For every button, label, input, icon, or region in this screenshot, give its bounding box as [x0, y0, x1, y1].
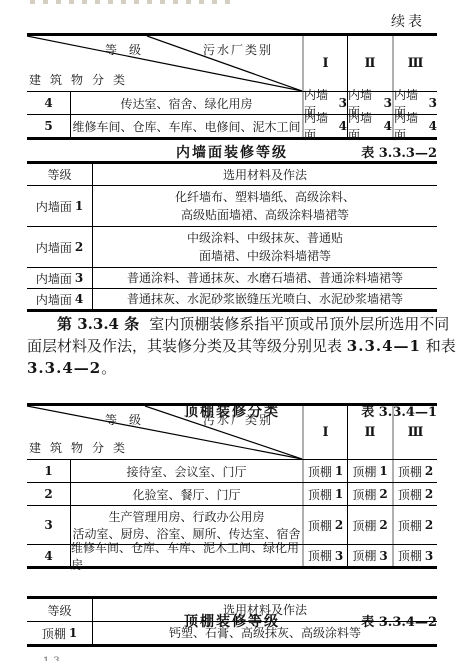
grade-number: 2	[425, 464, 433, 478]
grade-cell: 内墙面4	[347, 115, 392, 137]
table-row: 1 接待室、会议室、门厅 顶棚1 顶棚1 顶棚2	[27, 459, 437, 482]
column-header-class-1: Ⅰ	[302, 36, 347, 91]
table-header-row: 等级 污水厂类别 建筑物分类 Ⅰ Ⅱ Ⅲ	[27, 36, 437, 91]
building-description: 传达室、宿舍、绿化用房	[70, 92, 302, 114]
grade-label: 内墙面	[304, 109, 336, 143]
table-header-row: 等级 选用材料及作法	[27, 164, 437, 185]
grade-cell: 顶棚2	[347, 506, 392, 544]
grade-cell: 顶棚1	[347, 460, 392, 482]
paragraph-text: 室内顶棚装修系指平顶或吊顶外层所选用不同	[149, 315, 449, 333]
grade-number: 2	[425, 518, 433, 532]
grade-cell: 顶棚2	[392, 506, 437, 544]
grade-number: 3	[339, 96, 347, 110]
grade-number: 2	[335, 518, 343, 532]
wall-classification-table: 等级 污水厂类别 建筑物分类 Ⅰ Ⅱ Ⅲ 4 传达室、宿舍、绿化用房 内墙面3 …	[27, 33, 437, 140]
materials-cell: 钙塑、石膏、高级抹灰、高级涂料等	[93, 622, 437, 644]
grade-cell: 顶棚1	[302, 460, 347, 482]
grade-number: 3	[384, 96, 392, 110]
materials-line: 高级贴面墙裙、高级涂料墙裙等	[181, 206, 349, 224]
column-header-class-3: Ⅲ	[392, 406, 437, 459]
grade-label: 内墙面	[36, 270, 72, 287]
corner-label-building-class: 建筑物分类	[29, 439, 134, 456]
table-row: 内墙面4 普通抹灰、水泥砂浆嵌缝压光喷白、水泥砂浆墙裙等	[27, 288, 437, 309]
grade-label: 内墙面	[348, 109, 381, 143]
grade-number: 2	[379, 487, 387, 501]
row-number: 5	[27, 115, 70, 137]
grade-number: 3	[379, 549, 387, 563]
materials-line: 面墙裙、中级涂料墙裙等	[199, 247, 331, 265]
grade-label: 顶棚	[308, 547, 332, 564]
grade-number: 4	[429, 119, 437, 133]
table-header-row: 等级 污水厂类别 建筑物分类 Ⅰ Ⅱ Ⅲ	[27, 406, 437, 459]
corner-label-grade: 等级	[105, 41, 153, 58]
grade-label: 顶棚	[398, 547, 422, 564]
corner-label-grade: 等级	[105, 411, 153, 428]
grade-label: 顶棚	[308, 517, 332, 534]
grade-number: 3	[425, 549, 433, 563]
grade-cell: 内墙面4	[392, 115, 437, 137]
grade-number: 2	[425, 487, 433, 501]
grade-number: 4	[339, 119, 347, 133]
paragraph-text: 面层材料及作法，其装修分类及其等级分别见表	[27, 337, 347, 355]
table-row: 5 维修车间、仓库、车库、电修间、泥木工间 内墙面4 内墙面4 内墙面4	[27, 114, 437, 137]
row-number: 1	[27, 460, 70, 482]
grade-number: 3	[335, 549, 343, 563]
table-row: 内墙面3 普通涂料、普通抹灰、水磨石墙裙、普通涂料墙裙等	[27, 267, 437, 288]
grade-cell: 内墙面4	[27, 289, 93, 309]
ceiling-grade-table: 等级 选用材料及作法 顶棚1 钙塑、石膏、高级抹灰、高级涂料等	[27, 596, 437, 647]
continued-table-label: 续表	[391, 11, 425, 31]
grade-label: 顶棚	[352, 463, 376, 480]
grade-label: 顶棚	[398, 517, 422, 534]
grade-cell: 内墙面1	[27, 186, 93, 226]
description-line: 生产管理用房、行政办公用房	[108, 508, 264, 525]
grade-number: 2	[75, 240, 83, 254]
row-number: 4	[27, 92, 70, 114]
table-reference-number: 表 3.3.3—2	[361, 142, 437, 161]
column-header-class-2: Ⅱ	[347, 406, 392, 459]
building-description: 维修车间、仓库、车库、电修间、泥木工间	[70, 115, 302, 137]
cut-off-text-remnant	[30, 0, 238, 4]
grade-label: 顶棚	[352, 517, 376, 534]
diagonal-header-cell: 等级 污水厂类别 建筑物分类	[27, 406, 302, 459]
grade-cell: 顶棚1	[302, 483, 347, 505]
materials-cell: 化纤墙布、塑料墙纸、高级涂料、 高级贴面墙裙、高级涂料墙裙等	[93, 186, 437, 226]
column-header-class-3: Ⅲ	[392, 36, 437, 91]
paragraph-line: 面层材料及作法，其装修分类及其等级分别见表 3.3.4—1 和表	[27, 335, 437, 357]
building-description: 化验室、餐厅、门厅	[70, 483, 302, 505]
grade-cell: 顶棚2	[347, 483, 392, 505]
materials-line: 中级涂料、中级抹灰、普通贴	[187, 229, 343, 247]
row-number: 4	[27, 545, 70, 566]
header-materials: 选用材料及作法	[93, 599, 437, 621]
grade-number: 4	[384, 119, 392, 133]
grade-number: 1	[335, 464, 343, 478]
grade-cell: 顶棚2	[392, 460, 437, 482]
grade-number: 1	[335, 487, 343, 501]
materials-cell: 中级涂料、中级抹灰、普通贴 面墙裙、中级涂料墙裙等	[93, 227, 437, 267]
grade-cell: 顶棚2	[302, 506, 347, 544]
grade-label: 内墙面	[36, 198, 72, 215]
row-number: 2	[27, 483, 70, 505]
header-materials: 选用材料及作法	[93, 164, 437, 185]
table-row: 顶棚1 钙塑、石膏、高级抹灰、高级涂料等	[27, 621, 437, 644]
corner-label-building-class: 建筑物分类	[29, 71, 134, 88]
grade-label: 顶棚	[352, 486, 376, 503]
document-page: 续表 等级 污水厂类别 建筑物分类 Ⅰ Ⅱ Ⅲ 4 传达室、宿舍、绿化用房 内墙…	[0, 0, 466, 665]
grade-label: 顶棚	[42, 625, 66, 642]
clause-paragraph: 第 3.3.4 条室内顶棚装修系指平顶或吊顶外层所选用不同 面层材料及作法，其装…	[27, 313, 437, 379]
grade-label: 顶棚	[352, 547, 376, 564]
table-title-row: 内墙面装修等级 表 3.3.3—2	[27, 142, 437, 159]
table-ref-inline: 3.3.4—1	[347, 337, 421, 355]
grade-number: 3	[429, 96, 437, 110]
grade-label: 内墙面	[394, 109, 426, 143]
paragraph-line: 3.3.4—2。	[27, 357, 437, 379]
table-row: 内墙面1 化纤墙布、塑料墙纸、高级涂料、 高级贴面墙裙、高级涂料墙裙等	[27, 185, 437, 226]
grade-number: 1	[379, 464, 387, 478]
grade-number: 1	[69, 626, 77, 640]
grade-cell: 内墙面3	[27, 268, 93, 288]
row-number: 3	[27, 506, 70, 544]
grade-cell: 内墙面2	[27, 227, 93, 267]
grade-label: 顶棚	[398, 463, 422, 480]
building-description: 维修车间、仓库、车库、泥木工间、绿化用房	[70, 545, 302, 566]
table-row: 2 化验室、餐厅、门厅 顶棚1 顶棚2 顶棚2	[27, 482, 437, 505]
grade-label: 顶棚	[398, 486, 422, 503]
grade-label: 顶棚	[308, 486, 332, 503]
table-title: 内墙面装修等级	[176, 145, 288, 161]
clause-number: 第 3.3.4 条	[57, 315, 139, 333]
grade-number: 1	[75, 199, 83, 213]
building-description: 接待室、会议室、门厅	[70, 460, 302, 482]
grade-number: 2	[379, 518, 387, 532]
table-row: 4 维修车间、仓库、车库、泥木工间、绿化用房 顶棚3 顶棚3 顶棚3	[27, 544, 437, 566]
grade-cell: 顶棚3	[392, 545, 437, 566]
column-header-class-1: Ⅰ	[302, 406, 347, 459]
grade-cell: 顶棚1	[27, 622, 93, 644]
header-grade: 等级	[27, 599, 93, 621]
paragraph-text: 。	[101, 359, 116, 377]
grade-cell: 顶棚3	[347, 545, 392, 566]
grade-cell: 顶棚3	[302, 545, 347, 566]
grade-number: 4	[75, 292, 83, 306]
column-header-class-2: Ⅱ	[347, 36, 392, 91]
table-row: 内墙面2 中级涂料、中级抹灰、普通贴 面墙裙、中级涂料墙裙等	[27, 226, 437, 267]
paragraph-line: 第 3.3.4 条室内顶棚装修系指平顶或吊顶外层所选用不同	[27, 313, 437, 335]
materials-line: 化纤墙布、塑料墙纸、高级涂料、	[175, 188, 355, 206]
ceiling-classification-table: 等级 污水厂类别 建筑物分类 Ⅰ Ⅱ Ⅲ 1 接待室、会议室、门厅 顶棚1 顶棚…	[27, 403, 437, 569]
grade-cell: 顶棚2	[392, 483, 437, 505]
materials-cell: 普通涂料、普通抹灰、水磨石墙裙、普通涂料墙裙等	[93, 268, 437, 288]
table-ref-inline: 3.3.4—2	[27, 359, 101, 377]
page-number-clipped: 13	[43, 656, 64, 661]
corner-label-plant-category: 污水厂类别	[203, 41, 273, 58]
grade-cell: 内墙面4	[302, 115, 347, 137]
table-header-row: 等级 选用材料及作法	[27, 599, 437, 621]
grade-label: 内墙面	[36, 291, 72, 308]
materials-cell: 普通抹灰、水泥砂浆嵌缝压光喷白、水泥砂浆墙裙等	[93, 289, 437, 309]
grade-number: 3	[75, 271, 83, 285]
header-grade: 等级	[27, 164, 93, 185]
wall-grade-table: 等级 选用材料及作法 内墙面1 化纤墙布、塑料墙纸、高级涂料、 高级贴面墙裙、高…	[27, 161, 437, 312]
grade-label: 内墙面	[36, 239, 72, 256]
grade-label: 顶棚	[308, 463, 332, 480]
corner-label-plant-category: 污水厂类别	[203, 411, 273, 428]
diagonal-header-cell: 等级 污水厂类别 建筑物分类	[27, 36, 302, 91]
paragraph-text: 和表	[421, 337, 456, 355]
